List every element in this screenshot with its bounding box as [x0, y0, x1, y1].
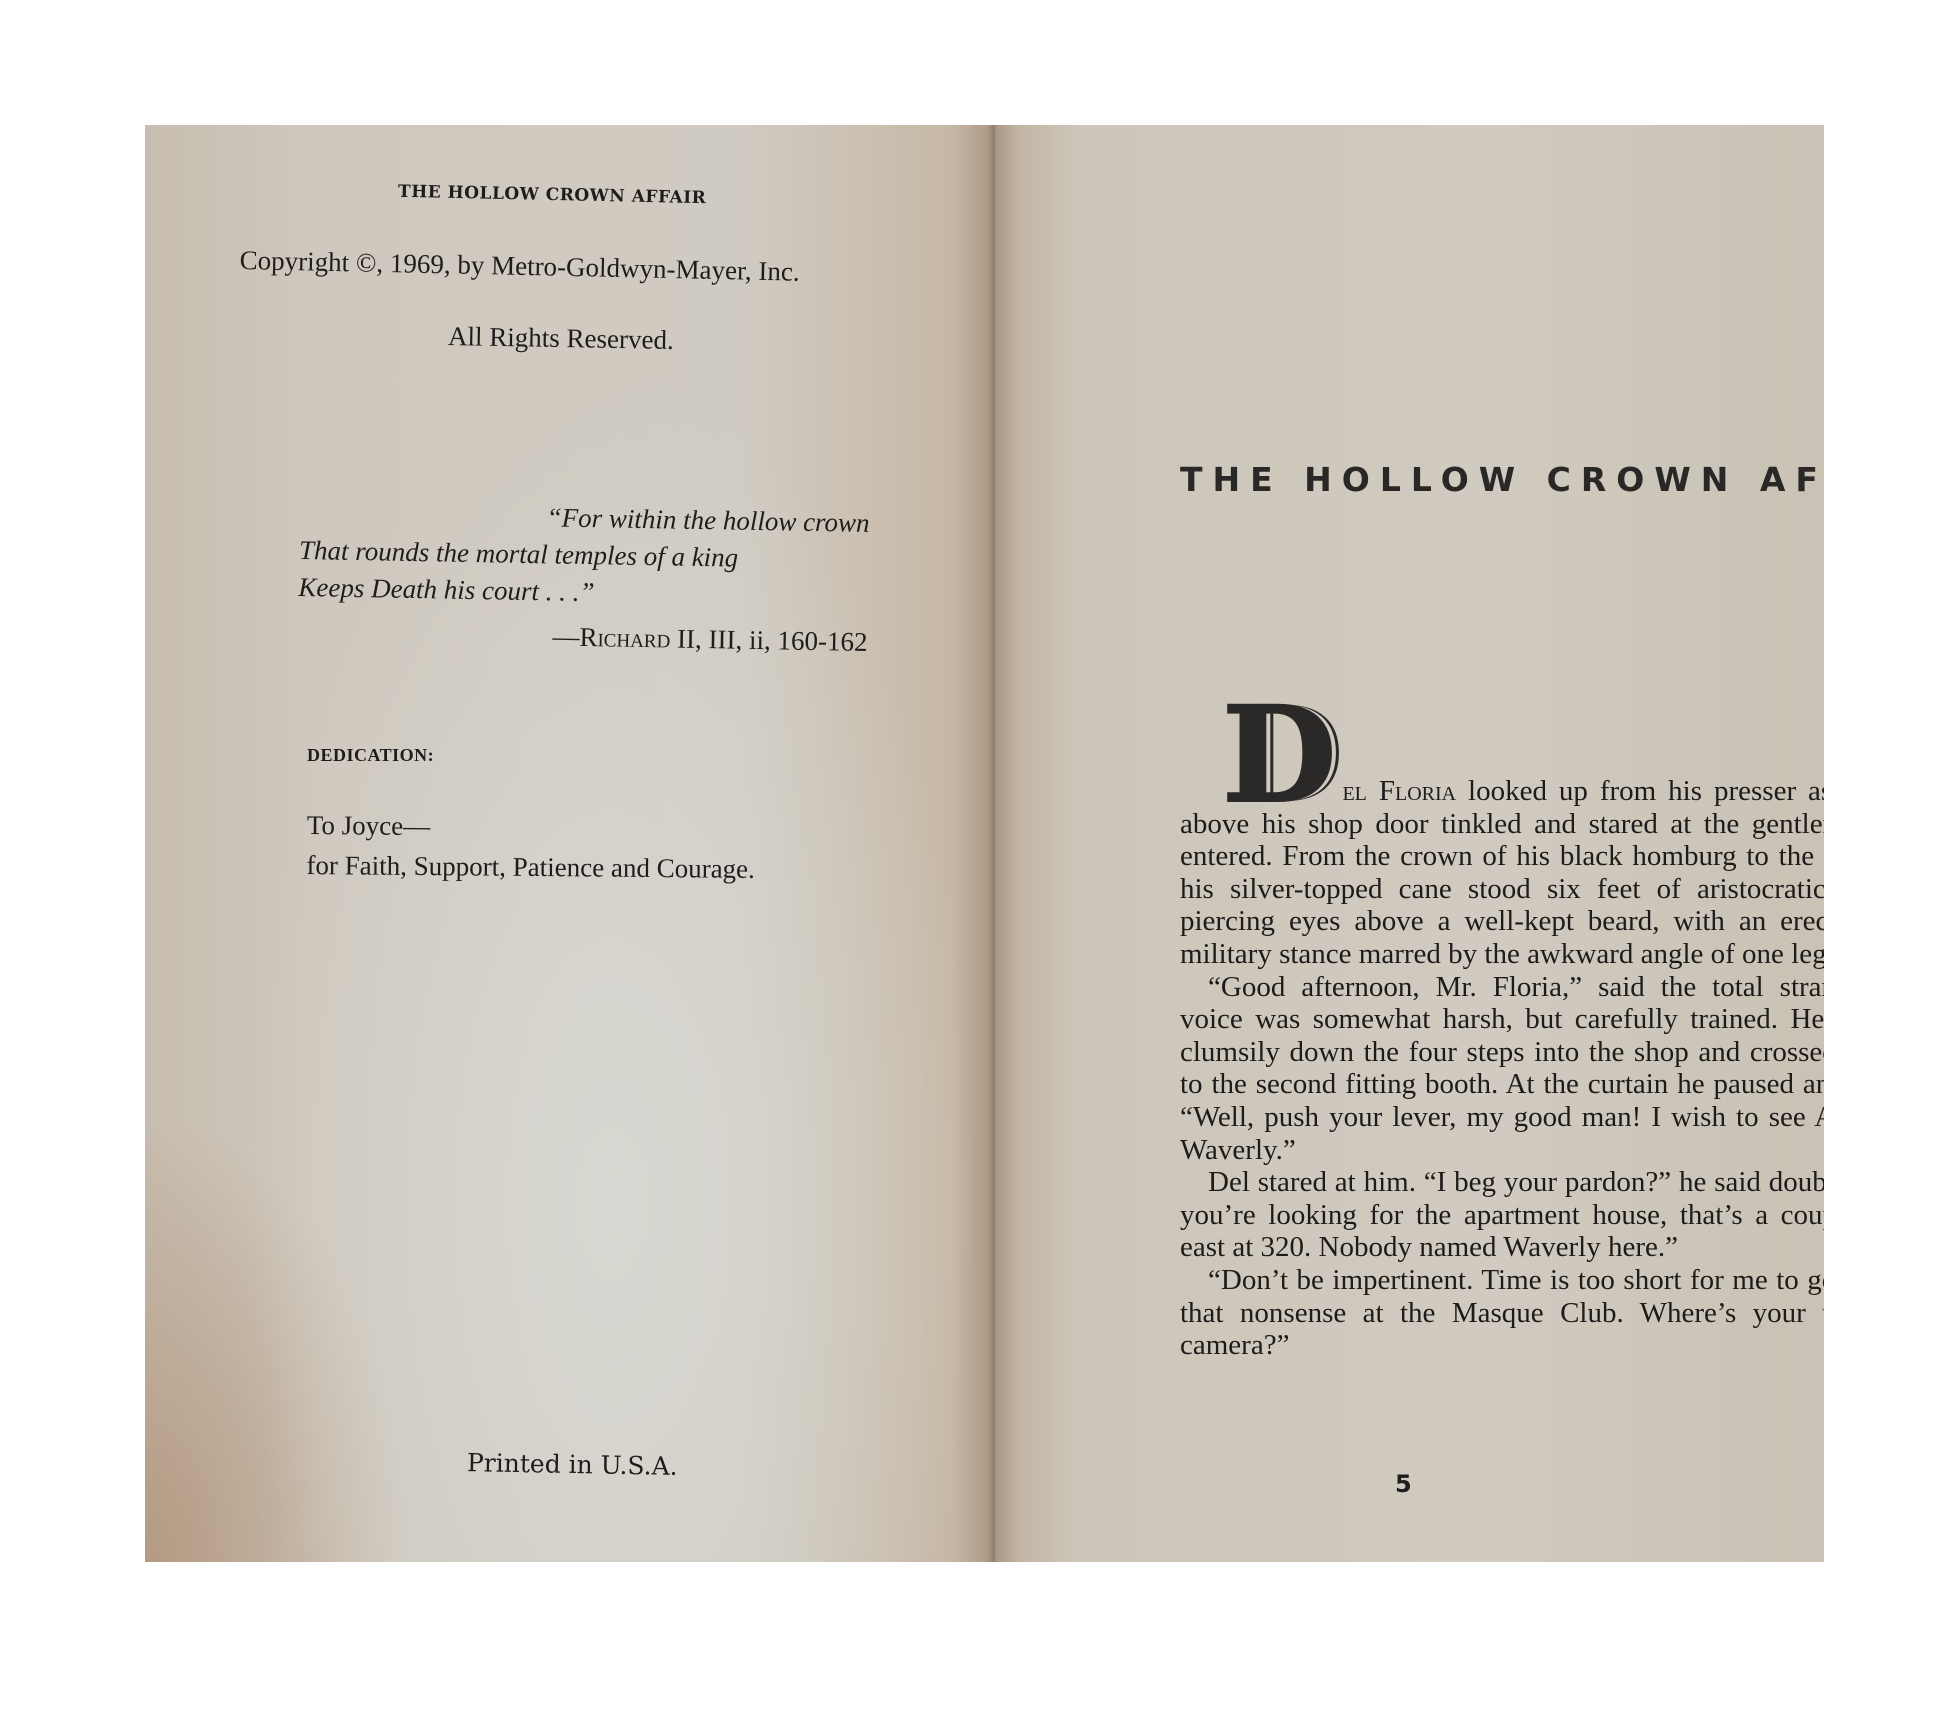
right-page: THE HOLLOW CROWN AFFAIR D el Floria look…	[995, 125, 1824, 1562]
epigraph-attribution: —Richard II, III, ii, 160-162	[297, 614, 868, 661]
attribution-name: Richard	[579, 622, 670, 654]
attribution-reference: II, III, ii, 160-162	[670, 623, 868, 656]
chapter-body: D el Floria looked up from his presser a…	[1180, 710, 1824, 1362]
copyright-notice: Copyright ©, 1969, by Metro-Goldwyn-Maye…	[239, 245, 800, 288]
epigraph: “For within the hollow crown That rounds…	[297, 495, 870, 661]
dedication-text: To Joyce— for Faith, Support, Patience a…	[306, 805, 755, 889]
attribution-dash: —	[552, 621, 580, 651]
paragraph: Del stared at him. “I beg your pardon?” …	[1180, 1166, 1824, 1264]
drop-cap-spacer: D	[1180, 710, 1824, 775]
paragraph: “Don’t be impertinent. Time is too short…	[1180, 1264, 1824, 1362]
dedication-line: for Faith, Support, Patience and Courage…	[306, 845, 755, 889]
printed-in-notice: Printed in U.S.A.	[467, 1448, 678, 1481]
page-number: 5	[1395, 1470, 1412, 1498]
open-book: THE HOLLOW CROWN AFFAIR Copyright ©, 196…	[145, 125, 1824, 1562]
left-page: THE HOLLOW CROWN AFFAIR Copyright ©, 196…	[145, 125, 995, 1562]
rights-notice: All Rights Reserved.	[448, 321, 674, 356]
dedication-label: DEDICATION:	[307, 745, 434, 766]
drop-cap: D	[1222, 706, 1336, 802]
opening-words: el Floria	[1342, 775, 1456, 807]
dedication-line: To Joyce—	[307, 805, 756, 849]
chapter-title: THE HOLLOW CROWN AFFAIR	[1180, 460, 1824, 499]
running-head: THE HOLLOW CROWN AFFAIR	[398, 182, 707, 208]
paragraph: “Good afternoon, Mr. Floria,” said the t…	[1180, 971, 1824, 1167]
